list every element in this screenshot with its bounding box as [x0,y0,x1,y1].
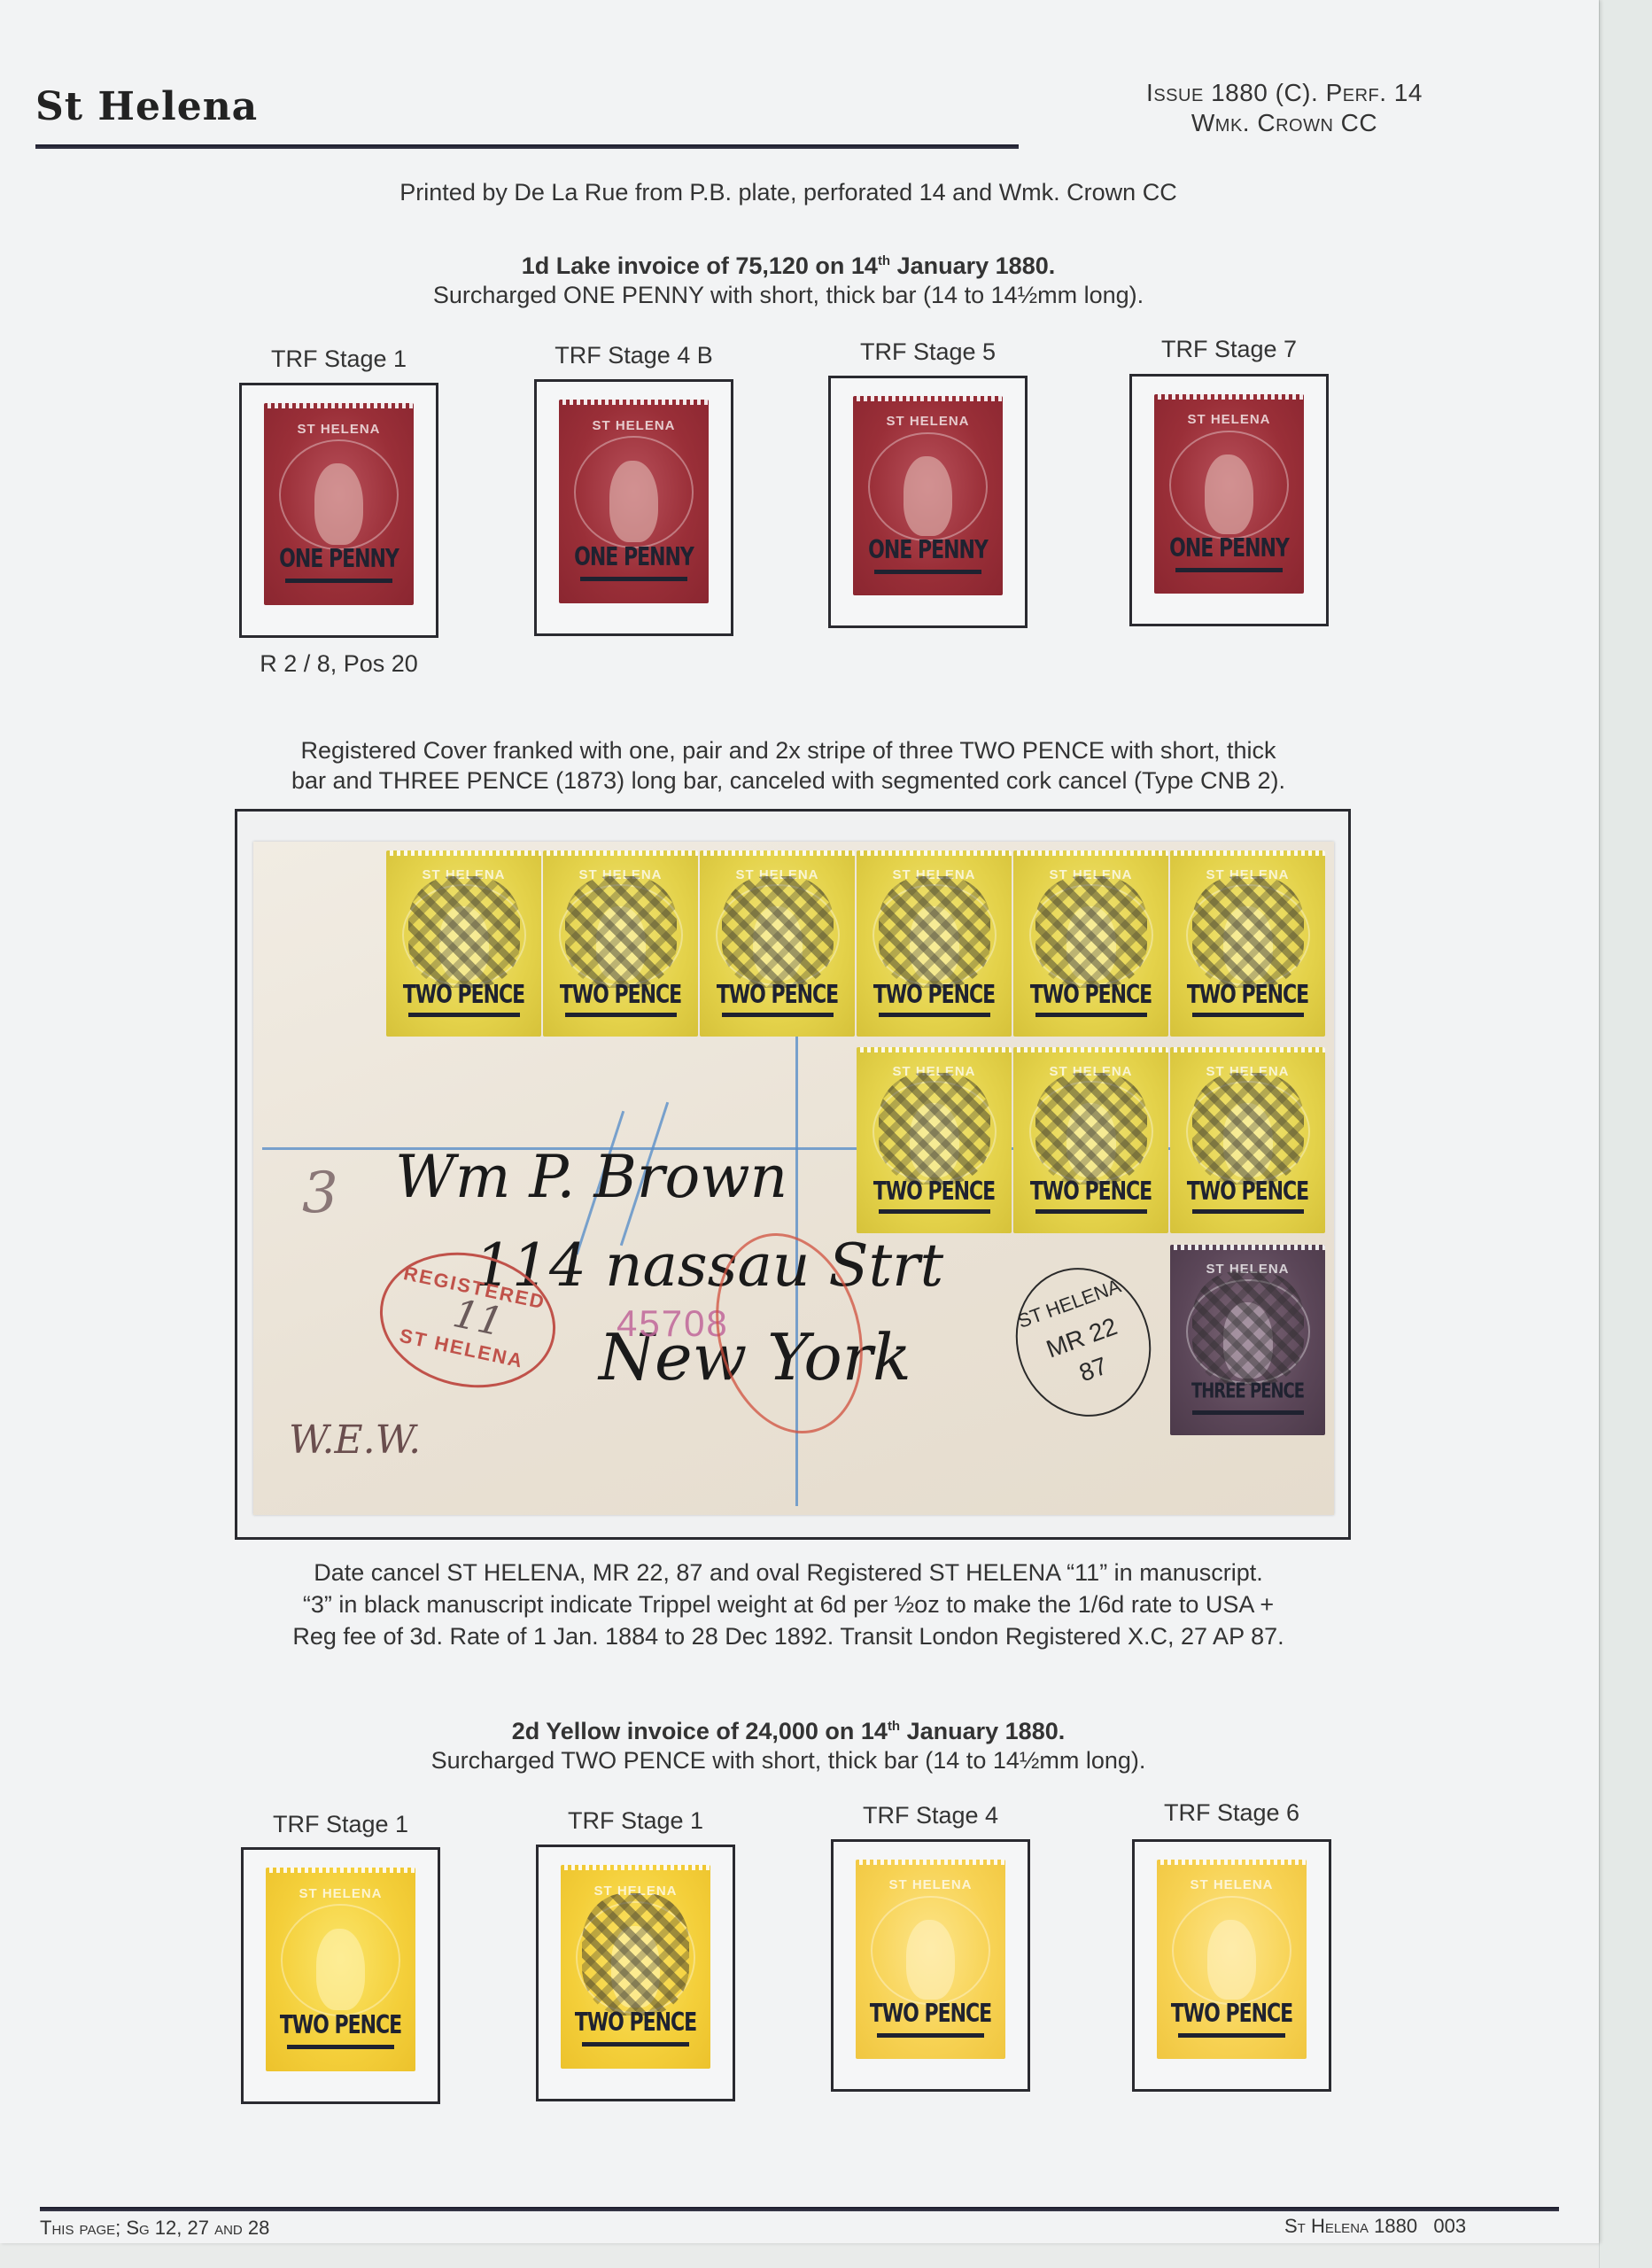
stamp: ST HELENATWO PENCE [543,850,698,1037]
stamp: ST HELENAONE PENNY [853,396,1003,595]
stamp-banner: ST HELENA [882,1877,978,1892]
footer-page-ref: St Helena 1880 003 [1284,2215,1466,2238]
surcharge-bar [1035,1209,1147,1214]
surcharge-bar [722,1013,834,1017]
cork-cancel [1192,1271,1304,1386]
surcharge-overprint: TWO PENCE [1170,1177,1325,1207]
section1-heading: 1d Lake invoice of 75,120 on 14th Januar… [204,246,1373,310]
surcharge-overprint: TWO PENCE [857,1177,1012,1207]
address-line-2: 114 nassau Strt [475,1231,943,1300]
footer-rule [40,2207,1559,2211]
stamp: ST HELENATWO PENCE [1013,1047,1168,1233]
stamp-mount: ST HELENAONE PENNY [828,376,1028,628]
cork-cancel [879,1073,990,1184]
surcharge-overprint: TWO PENCE [1157,2000,1307,2029]
stamp-banner: ST HELENA [880,414,975,429]
queen-portrait [609,461,657,542]
stage-label: TRF Stage 1 [235,1811,447,1838]
stamp-banner: ST HELENA [292,1886,388,1901]
stamp: ST HELENAONE PENNY [559,400,709,603]
stamp: ST HELENATHREE PENCE [1170,1245,1325,1435]
plate-position-note: R 2 / 8, Pos 20 [233,650,446,678]
registration-number: 45708 [617,1302,729,1345]
surcharge-bar [408,1013,520,1017]
stage-label: TRF Stage 4 B [528,342,741,369]
cork-cancel [1035,1073,1147,1184]
stamp: ST HELENATWO PENCE [1157,1860,1307,2059]
issue-line-1: Issue 1880 (C). Perf. 14 [1098,78,1470,108]
cork-cancel [408,876,520,988]
surcharge-bar [1175,568,1284,572]
scanner-margin [1599,0,1652,2268]
stage-label: TRF Stage 7 [1123,336,1336,363]
surcharge-overprint: TWO PENCE [561,2008,710,2038]
manuscript-3: 3 [302,1161,338,1226]
surcharge-overprint: ONE PENNY [264,545,414,574]
surcharge-overprint: TWO PENCE [1013,981,1168,1010]
manuscript-initials: W.E.W. [289,1417,421,1463]
surcharge-bar [582,2042,690,2047]
stamp-banner: ST HELENA [291,422,386,437]
cover-caption: Registered Cover franked with one, pair … [204,735,1373,796]
cork-cancel [582,1893,690,2016]
cork-cancel [1192,1073,1304,1184]
surcharge-bar [1192,1013,1304,1017]
surcharge-bar [877,2033,985,2038]
surcharge-overprint: TWO PENCE [857,981,1012,1010]
stamp: ST HELENATWO PENCE [857,1047,1012,1233]
stamp: ST HELENATWO PENCE [1170,1047,1325,1233]
registered-cover: ST HELENATWO PENCEST HELENATWO PENCEST H… [253,842,1334,1515]
queen-portrait [316,1929,364,2010]
stamp: ST HELENATWO PENCE [856,1860,1005,2059]
surcharge-overprint: ONE PENNY [1154,534,1304,563]
header-rule [35,144,1019,149]
queen-portrait [904,456,951,536]
stamp-mount: ST HELENAONE PENNY [1129,374,1329,626]
intro-text: Printed by De La Rue from P.B. plate, pe… [204,179,1373,206]
stage-label: TRF Stage 1 [530,1807,742,1835]
stamp: ST HELENATWO PENCE [700,850,855,1037]
surcharge-overprint: TWO PENCE [1170,981,1325,1010]
surcharge-overprint: TWO PENCE [700,981,855,1010]
queen-portrait [1205,454,1253,534]
stamp: ST HELENAONE PENNY [264,403,414,605]
surcharge-overprint: TWO PENCE [386,981,541,1010]
stamp-mount: ST HELENATWO PENCE [536,1845,735,2101]
surcharge-bar [285,579,393,583]
stamp: ST HELENATWO PENCE [1013,850,1168,1037]
stamp: ST HELENATWO PENCE [857,850,1012,1037]
queen-portrait [314,463,362,544]
footer-catalogue-ref: This page; Sg 12, 27 and 28 [40,2217,269,2240]
stamp-mount: ST HELENATWO PENCE [831,1839,1030,2092]
stage-label: TRF Stage 6 [1126,1799,1338,1827]
section2-heading: 2d Yellow invoice of 24,000 on 14th Janu… [204,1712,1373,1775]
cover-description: Date cancel ST HELENA, MR 22, 87 and ova… [204,1557,1373,1652]
stamp-mount: ST HELENAONE PENNY [239,383,438,638]
surcharge-bar [879,1209,990,1214]
surcharge-bar [287,2045,395,2049]
stamp-banner: ST HELENA [1181,412,1276,427]
stamp-banner: ST HELENA [586,418,681,433]
surcharge-bar [874,570,982,574]
issue-line-2: Wmk. Crown CC [1098,108,1470,138]
surcharge-bar [1178,2033,1286,2038]
stamp-mount: ST HELENATWO PENCE [241,1847,440,2104]
stamp: ST HELENAONE PENNY [1154,394,1304,594]
stage-label: TRF Stage 1 [233,346,446,373]
page-title: St Helena [35,84,258,129]
cork-cancel [1192,876,1304,988]
surcharge-overprint: TWO PENCE [543,981,698,1010]
surcharge-overprint: ONE PENNY [559,543,709,572]
surcharge-bar [1035,1013,1147,1017]
stamp: ST HELENATWO PENCE [266,1868,415,2071]
stamp: ST HELENATWO PENCE [561,1865,710,2069]
issue-info: Issue 1880 (C). Perf. 14 Wmk. Crown CC [1098,78,1470,138]
surcharge-bar [879,1013,990,1017]
stage-label: TRF Stage 4 [825,1802,1037,1829]
stamp: ST HELENATWO PENCE [386,850,541,1037]
surcharge-overprint: ONE PENNY [853,536,1003,565]
cork-cancel [565,876,677,988]
stamp-mount: ST HELENATWO PENCE [1132,1839,1331,2092]
surcharge-overprint: TWO PENCE [266,2011,415,2040]
cover-mount: ST HELENATWO PENCEST HELENATWO PENCEST H… [235,809,1351,1540]
surcharge-bar [1192,1209,1304,1214]
stage-label: TRF Stage 5 [822,338,1035,366]
surcharge-bar [565,1013,677,1017]
queen-portrait [1207,1920,1255,2000]
surcharge-overprint: TWO PENCE [856,2000,1005,2029]
date-cancel: ST HELENA MR 22 87 [995,1248,1171,1435]
surcharge-overprint: THREE PENCE [1170,1379,1325,1403]
cork-cancel [879,876,990,988]
cork-cancel [722,876,834,988]
cork-cancel [1035,876,1147,988]
surcharge-bar [580,577,688,581]
surcharge-overprint: TWO PENCE [1013,1177,1168,1207]
surcharge-bar [1192,1410,1304,1415]
address-line-1: Wm P. Brown [395,1143,787,1211]
stamp-banner: ST HELENA [1183,1877,1279,1892]
section2-subheading: Surcharged TWO PENCE with short, thick b… [204,1746,1373,1775]
section1-subheading: Surcharged ONE PENNY with short, thick b… [204,281,1373,310]
stamp: ST HELENATWO PENCE [1170,850,1325,1037]
queen-portrait [906,1920,954,2000]
stamp-mount: ST HELENAONE PENNY [534,379,733,636]
